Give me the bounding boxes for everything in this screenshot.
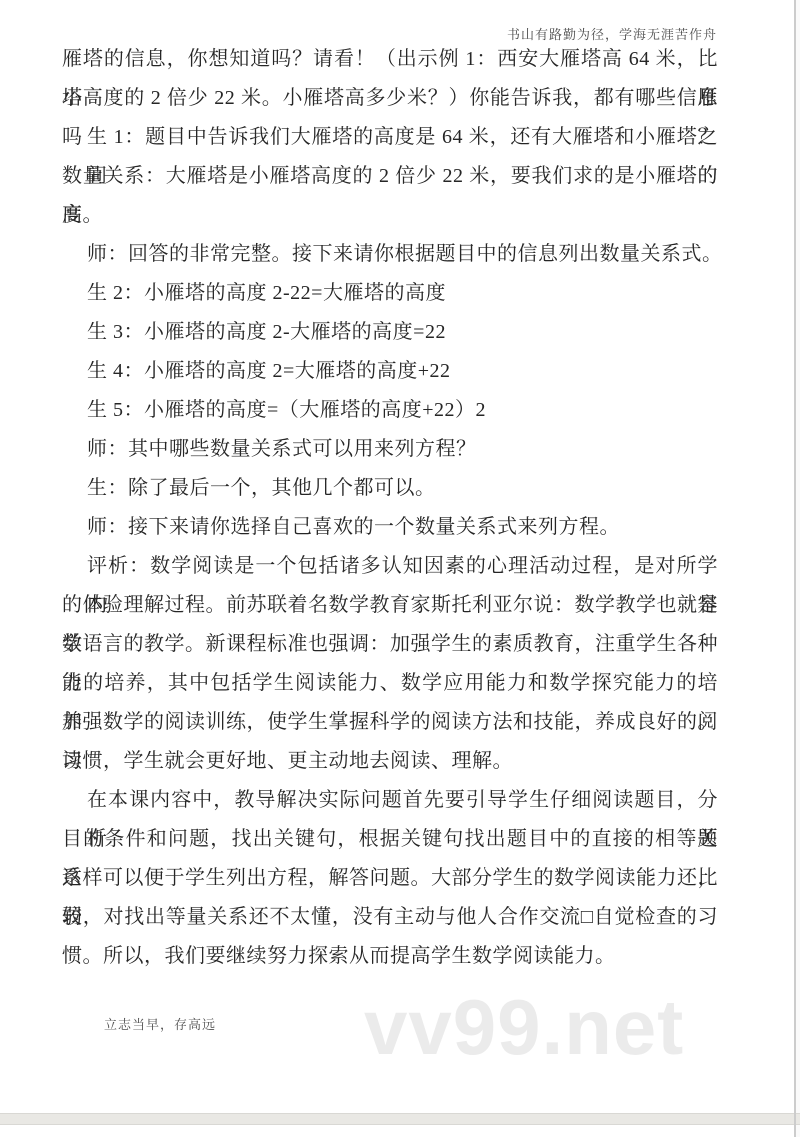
text-line: 生 3：小雁塔的高度 2-大雁塔的高度=22	[62, 313, 718, 352]
text-line: 生 5：小雁塔的高度=（大雁塔的高度+22）2	[62, 391, 718, 430]
text-line: 习惯，学生就会更好地、更主动地去阅读、理解。	[62, 742, 718, 781]
watermark-text: vv99.net	[364, 988, 684, 1066]
text-line: 师：接下来请你选择自己喜欢的一个数量关系式来列方程。	[62, 508, 718, 547]
text-line: 师：回答的非常完整。接下来请你根据题目中的信息列出数量关系式。	[62, 235, 718, 274]
text-line: 师：其中哪些数量关系式可以用来列方程？	[62, 430, 718, 469]
page-right-edge-line	[794, 0, 796, 1137]
page-footer-motto: 立志当早，存高远	[104, 1014, 216, 1033]
page-gap-divider	[0, 1113, 800, 1125]
text-line: 惯。所以，我们要继续努力探索从而提高学生数学阅读能力。	[62, 937, 718, 976]
next-page-edge	[0, 1125, 794, 1137]
text-line: 生 2：小雁塔的高度 2-22=大雁塔的高度	[62, 274, 718, 313]
text-lines: 雁塔的信息，你想知道吗？请看！（出示例 1：西安大雁塔高 64 米，比小雁塔高度…	[62, 0, 718, 1000]
text-line: 弱，对找出等量关系还不太懂，没有主动与他人合作交流□自觉检查的习	[62, 898, 718, 937]
text-line: 度。	[62, 196, 718, 235]
document-viewer: 书山有路勤为径，学海无涯苦作舟 雁塔的信息，你想知道吗？请看！（出示例 1：西安…	[0, 0, 800, 1137]
text-line: 生：除了最后一个，其他几个都可以。	[62, 469, 718, 508]
document-page: 书山有路勤为径，学海无涯苦作舟 雁塔的信息，你想知道吗？请看！（出示例 1：西安…	[0, 0, 794, 1113]
text-line: 生 4：小雁塔的高度 2=大雁塔的高度+22	[62, 352, 718, 391]
